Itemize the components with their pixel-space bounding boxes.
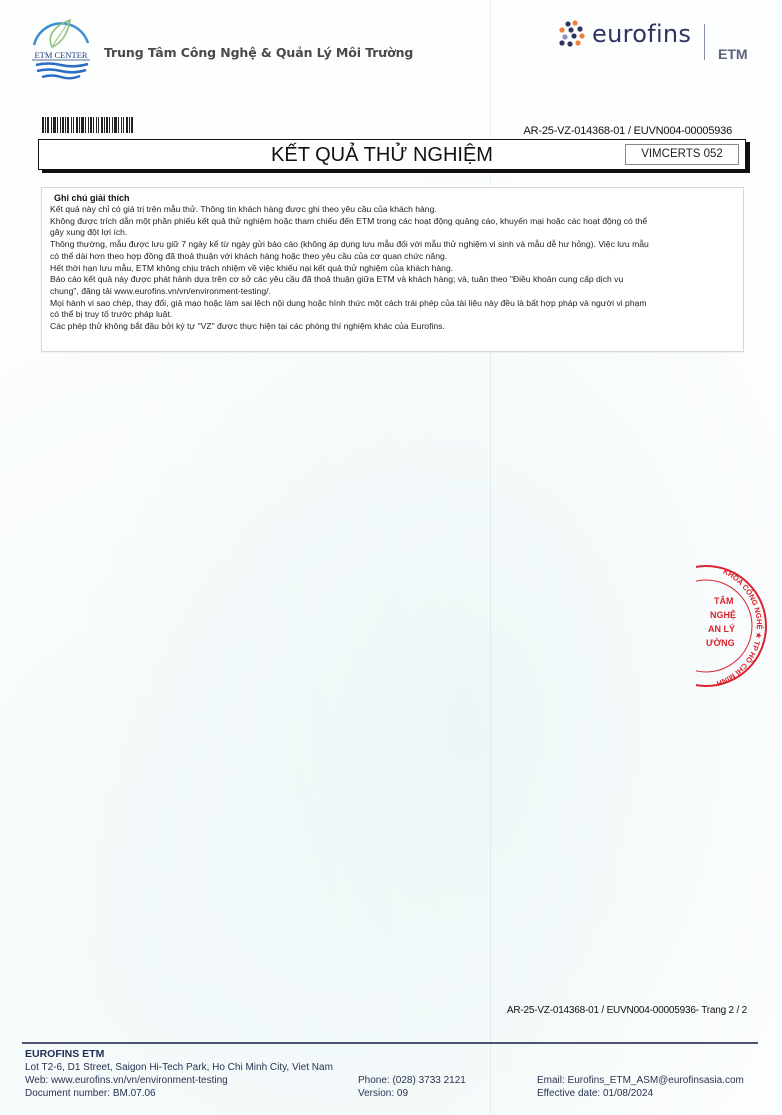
notes-line: có thể dài hơn theo hợp đồng đã thoả thu… [50, 251, 733, 263]
notes-line: Thông thường, mẫu được lưu giữ 7 ngày kể… [50, 239, 733, 251]
footer-company-name: EUROFINS ETM [25, 1048, 333, 1061]
page-reference: AR-25-VZ-014368-01 / EUVN004-00005936- T… [507, 1005, 747, 1016]
notes-line: gây xung đột lợi ích. [50, 227, 733, 239]
eurofins-dots-icon [558, 19, 588, 49]
svg-text:ETM CENTER: ETM CENTER [34, 50, 87, 60]
svg-text:TÂM: TÂM [714, 595, 734, 606]
official-stamp: KHOA CÔNG NGHỆ ★ TP HỒ CHÍ MINH TÂM NGHỆ… [696, 560, 782, 690]
footer-web: Web: www.eurofins.vn/vn/environment-test… [25, 1074, 333, 1087]
report-title: KẾT QUẢ THỬ NGHIỆM [39, 144, 635, 167]
footer-email-block: Email: Eurofins_ETM_ASM@eurofinsasia.com… [537, 1074, 744, 1100]
notes-line: chung", đăng tải www.eurofins.vn/vn/envi… [50, 286, 733, 298]
svg-text:NGHỆ: NGHỆ [710, 609, 736, 620]
notes-line: có thể bị truy tố trước pháp luật. [50, 309, 733, 321]
footer-contact: Phone: (028) 3733 2121 Version: 09 [358, 1074, 466, 1100]
notes-line: Báo cáo kết quả này được phát hành dựa t… [50, 274, 733, 286]
brand-division: ETM [718, 46, 748, 62]
accreditation-badge: VIMCERTS 052 [625, 144, 739, 165]
footer-document-number: Document number: BM.07.06 [25, 1087, 333, 1100]
notes-line: Mọi hành vi sao chép, thay đổi, giả mạo … [50, 298, 733, 310]
footer-effective-date: Effective date: 01/08/2024 [537, 1087, 744, 1100]
explanatory-notes: Ghi chú giải thích Kết quả này chỉ có gi… [41, 187, 744, 352]
report-title-bar: KẾT QUẢ THỬ NGHIỆM VIMCERTS 052 [38, 139, 746, 170]
eurofins-wordmark: eurofins [592, 20, 691, 48]
report-barcode [42, 117, 194, 133]
footer-address: Lot T2-6, D1 Street, Saigon Hi-Tech Park… [25, 1061, 333, 1074]
footer-phone: Phone: (028) 3733 2121 [358, 1074, 466, 1087]
footer-email: Email: Eurofins_ETM_ASM@eurofinsasia.com [537, 1074, 744, 1087]
svg-text:AN LÝ: AN LÝ [708, 623, 735, 634]
brand-divider [704, 24, 705, 60]
footer-divider [22, 1042, 758, 1044]
organization-name: Trung Tâm Công Nghệ & Quản Lý Môi Trường [104, 45, 413, 60]
svg-text:ƯỜNG: ƯỜNG [706, 637, 735, 648]
footer-company-info: EUROFINS ETM Lot T2-6, D1 Street, Saigon… [25, 1048, 333, 1100]
report-id: AR-25-VZ-014368-01 / EUVN004-00005936 [524, 125, 732, 137]
eurofins-logo: eurofins [558, 17, 691, 51]
notes-line: Kết quả này chỉ có giá trị trên mẫu thử.… [50, 204, 733, 216]
footer-version: Version: 09 [358, 1087, 466, 1100]
notes-line: Không được trích dẫn một phần phiếu kết … [50, 216, 733, 228]
notes-line: Hết thời hạn lưu mẫu, ETM không chịu trá… [50, 263, 733, 275]
notes-title: Ghi chú giải thích [54, 193, 733, 203]
etm-center-logo: ETM CENTER [28, 17, 94, 83]
notes-line: Các phép thử không bắt đầu bởi ký tự "VZ… [50, 321, 733, 333]
